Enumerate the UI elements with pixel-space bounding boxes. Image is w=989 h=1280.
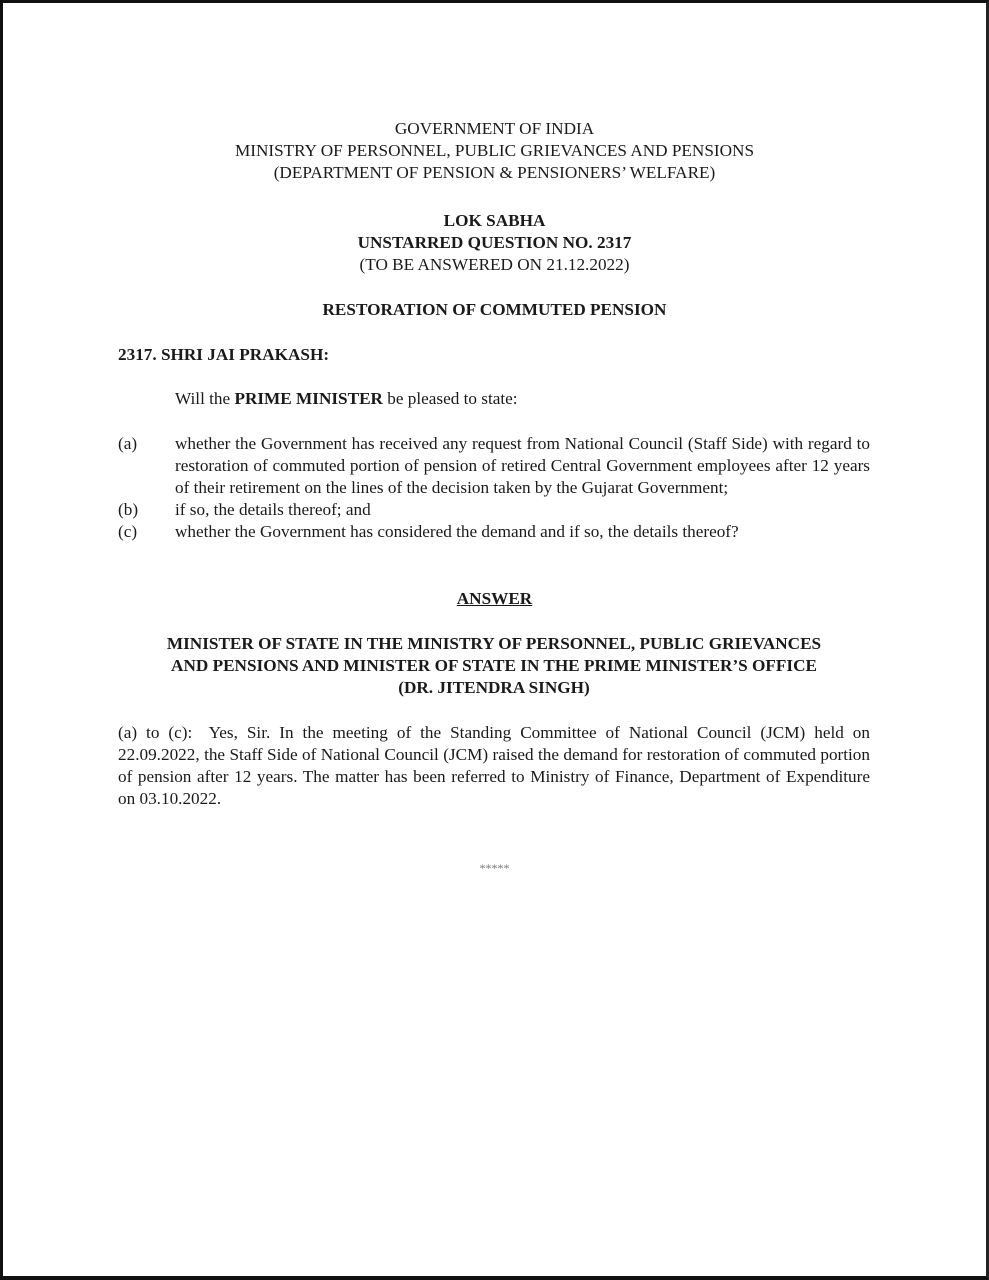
answer-date: (TO BE ANSWERED ON 21.12.2022) xyxy=(0,254,989,276)
answer-body: Yes, Sir. In the meeting of the Standing… xyxy=(118,723,870,808)
header-department: (DEPARTMENT OF PENSION & PENSIONERS’ WEL… xyxy=(0,162,989,184)
answer-text: (a) to (c): Yes, Sir. In the meeting of … xyxy=(118,722,870,810)
intro-pre: Will the xyxy=(175,389,234,408)
question-label: (c) xyxy=(118,521,175,543)
ministry-header: GOVERNMENT OF INDIA MINISTRY OF PERSONNE… xyxy=(0,118,989,184)
question-item: (a) whether the Government has received … xyxy=(118,433,870,499)
minister-line-1: MINISTER OF STATE IN THE MINISTRY OF PER… xyxy=(118,633,870,655)
question-number: UNSTARRED QUESTION NO. 2317 xyxy=(0,232,989,254)
document-title: RESTORATION OF COMMUTED PENSION xyxy=(0,299,989,321)
header-government: GOVERNMENT OF INDIA xyxy=(0,118,989,140)
intro-post: be pleased to state: xyxy=(383,389,518,408)
minister-name: (DR. JITENDRA SINGH) xyxy=(118,677,870,699)
answer-heading-text: ANSWER xyxy=(457,589,532,608)
answer-lead: (a) to (c): xyxy=(118,723,192,742)
question-text: whether the Government has considered th… xyxy=(175,521,870,543)
question-header: LOK SABHA UNSTARRED QUESTION NO. 2317 (T… xyxy=(0,210,989,276)
question-text: whether the Government has received any … xyxy=(175,433,870,499)
question-label: (a) xyxy=(118,433,175,499)
minister-block: MINISTER OF STATE IN THE MINISTRY OF PER… xyxy=(118,633,870,699)
question-text: if so, the details thereof; and xyxy=(175,499,870,521)
answer-heading: ANSWER xyxy=(0,588,989,610)
house-name: LOK SABHA xyxy=(0,210,989,232)
question-item: (c) whether the Government has considere… xyxy=(118,521,870,543)
question-list: (a) whether the Government has received … xyxy=(118,433,870,543)
minister-line-2: AND PENSIONS AND MINISTER OF STATE IN TH… xyxy=(118,655,870,677)
question-label: (b) xyxy=(118,499,175,521)
asker-name: 2317. SHRI JAI PRAKASH: xyxy=(118,344,329,366)
question-intro: Will the PRIME MINISTER be pleased to st… xyxy=(175,388,518,410)
intro-addressee: PRIME MINISTER xyxy=(234,389,383,408)
end-marker: ***** xyxy=(0,857,989,879)
question-item: (b) if so, the details thereof; and xyxy=(118,499,870,521)
header-ministry: MINISTRY OF PERSONNEL, PUBLIC GRIEVANCES… xyxy=(0,140,989,162)
